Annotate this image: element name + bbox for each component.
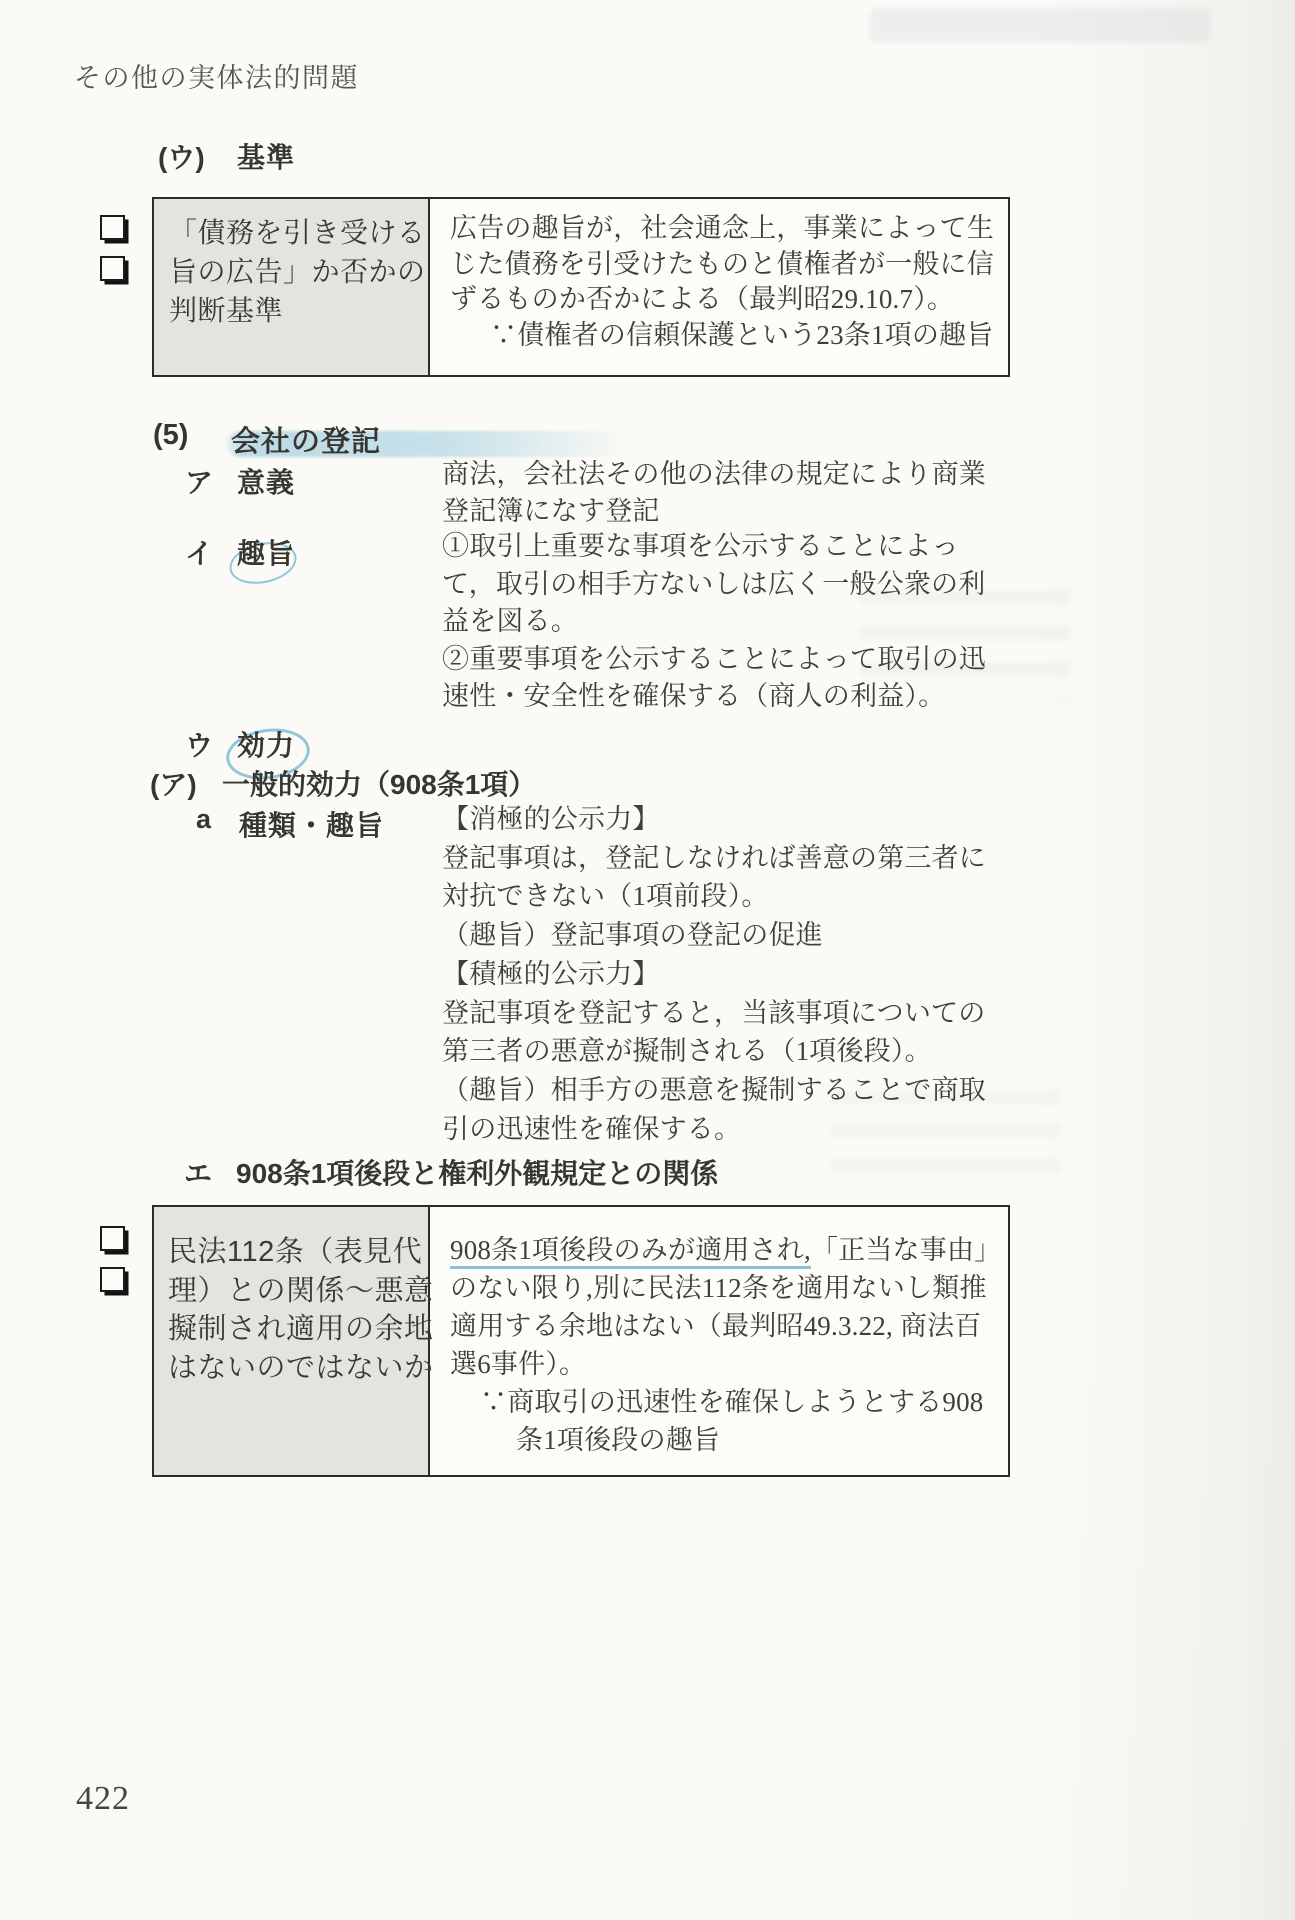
text-line: 条1項後段の趣旨 (450, 1421, 1008, 1459)
heading-company-registration: (5) 会社の登記 (0, 419, 1295, 461)
text-line: 民法112条（表見代 (168, 1233, 428, 1272)
heading-general-effect-marker: (ア) (150, 763, 197, 803)
text-line: 旨の広告」か否かの (169, 252, 428, 291)
text-line: 第三者の悪意が擬制される（1項後段）。 (442, 1032, 986, 1071)
text-line: （趣旨）相手方の悪意を擬制することで商取 (442, 1071, 986, 1110)
checkbox-column-table2 (100, 1226, 125, 1308)
text-line: じた債務を引受けたものと債権者が一般に信 (450, 247, 1008, 283)
text-line: ∵商取引の迅速性を確保しようとする908 (450, 1383, 1008, 1421)
heading-koryoku-marker: ウ (185, 724, 213, 764)
text-line: 広告の趣旨が，社会通念上，事業によって生 (450, 211, 1008, 247)
text-line: 【積極的公示力】 (442, 955, 986, 994)
heading-shurui-shushi-label: 種類・趣旨 (239, 804, 384, 844)
text-line: はないのではないか (168, 1349, 428, 1388)
table1-title-cell: 「債務を引き受ける 旨の広告」か否かの 判断基準 (154, 199, 430, 375)
checkbox-icon (100, 256, 125, 281)
checkbox-icon (100, 1226, 125, 1251)
text-line: 益を図る。 (442, 603, 986, 641)
running-header: その他の実体法的問題 (74, 56, 359, 95)
table2-title-cell: 民法112条（表見代 理）との関係～悪意 擬制され適用の余地 はないのではないか (154, 1207, 430, 1475)
heading-shurui-shushi-marker: a (196, 804, 211, 835)
text-line: 適用する余地はない（最判昭49.3.22, 商法百 (450, 1307, 1008, 1345)
heading-section-marker: (5) (153, 419, 188, 452)
text-line: 選6事件）。 (450, 1345, 1008, 1383)
text-line: ②重要事項を公示することによって取引の迅 (442, 641, 986, 679)
text-line: 908条1項後段のみが適用され,「正当な事由」 (450, 1231, 1008, 1269)
heading-shushi-label: 趣旨 (237, 532, 295, 572)
heading-igi-marker: ア (185, 461, 213, 501)
heading-908-gaikan: エ 908条1項後段と権利外観規定との関係 (0, 1152, 1295, 1194)
heading-general-effect: (ア) 一般的効力（908条1項） (0, 763, 1295, 805)
heading-koryoku-label: 効力 (237, 724, 295, 764)
heading-igi: ア 意義 (0, 461, 1295, 503)
text-line: 登記事項を登記すると，当該事項についての (442, 994, 986, 1033)
checkbox-icon (100, 215, 125, 240)
text-line: 判断基準 (169, 291, 428, 330)
heading-general-effect-label: 一般的効力（908条1項） (222, 763, 536, 803)
text-line: のない限り,別に民法112条を適用ないし類推 (450, 1269, 1008, 1307)
text-line: 擬制され適用の余地 (168, 1310, 428, 1349)
text-line: 対抗できない（1項前段）。 (442, 877, 986, 916)
table1-body-cell: 広告の趣旨が，社会通念上，事業によって生 じた債務を引受けたものと債権者が一般に… (430, 199, 1008, 375)
blue-underlined-text: 908条1項後段のみが適用され, (450, 1235, 811, 1269)
heading-igi-label: 意義 (237, 461, 295, 501)
text-line: 理）との関係～悪意 (168, 1272, 428, 1311)
heading-shushi-marker: イ (185, 532, 213, 572)
text-line: （趣旨）登記事項の登記の促進 (442, 916, 986, 955)
heading-shurui-shushi: a 種類・趣旨 (0, 804, 1295, 846)
text-line: ずるものか否かによる（最判昭29.10.7）。 (450, 282, 1008, 318)
scanned-book-page: その他の実体法的問題 (ウ) 基準 「債務を引き受ける 旨の広告」か否かの 判断… (0, 0, 1295, 1920)
summary-table-debt-ad: 「債務を引き受ける 旨の広告」か否かの 判断基準 広告の趣旨が，社会通念上，事業… (152, 197, 1010, 377)
heading-shushi: イ 趣旨 (0, 532, 1295, 574)
heading-908-gaikan-marker: エ (184, 1152, 212, 1192)
table2-body-cell: 908条1項後段のみが適用され,「正当な事由」 のない限り,別に民法112条を適… (430, 1207, 1008, 1475)
page-number: 422 (76, 1780, 130, 1818)
summary-table-minpo112: 民法112条（表見代 理）との関係～悪意 擬制され適用の余地 はないのではないか… (152, 1205, 1010, 1477)
heading-kijun-marker: (ウ) (158, 136, 205, 176)
checkbox-icon (100, 1267, 125, 1292)
bleed-through-smudge (870, 8, 1210, 42)
heading-908-gaikan-label: 908条1項後段と権利外観規定との関係 (236, 1152, 718, 1192)
text-line: ∵債権者の信頼保護という23条1項の趣旨 (450, 318, 1008, 354)
heading-kijun: (ウ) 基準 (0, 136, 1295, 178)
text-line: 速性・安全性を確保する（商人の利益）。 (442, 678, 986, 716)
body-shurui-shushi: 【消極的公示力】 登記事項は，登記しなければ善意の第三者に 対抗できない（1項前… (442, 800, 986, 1148)
heading-koryoku: ウ 効力 (0, 724, 1295, 766)
heading-section-label: 会社の登記 (231, 419, 381, 460)
text-line: 「債務を引き受ける (169, 213, 428, 252)
text-line: 引の迅速性を確保する。 (442, 1110, 986, 1149)
checkbox-column-table1 (100, 215, 125, 297)
text-segment: 「正当な事由」 (811, 1235, 1001, 1265)
heading-kijun-label: 基準 (237, 136, 295, 176)
